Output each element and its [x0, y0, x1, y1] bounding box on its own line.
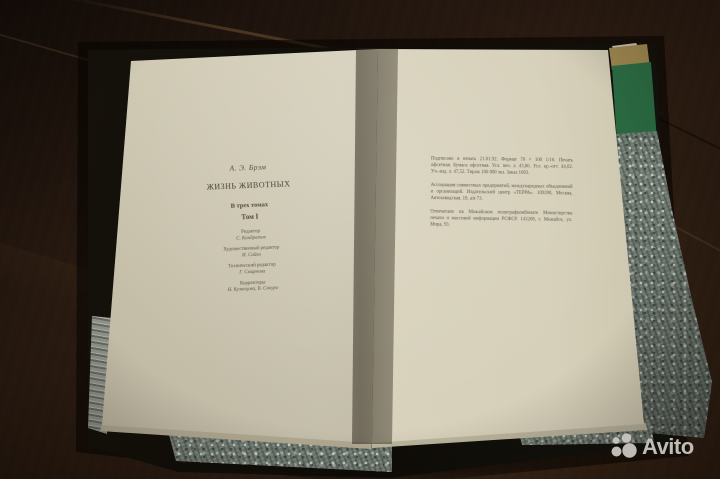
avito-logo-icon	[608, 431, 640, 463]
avito-watermark: Avito	[608, 431, 694, 463]
photo-vignette	[0, 0, 720, 479]
avito-brand-text: Avito	[642, 434, 694, 460]
open-book-photo: А. Э. Брэм ЖИЗНЬ ЖИВОТНЫХ В трех томах Т…	[0, 0, 720, 479]
